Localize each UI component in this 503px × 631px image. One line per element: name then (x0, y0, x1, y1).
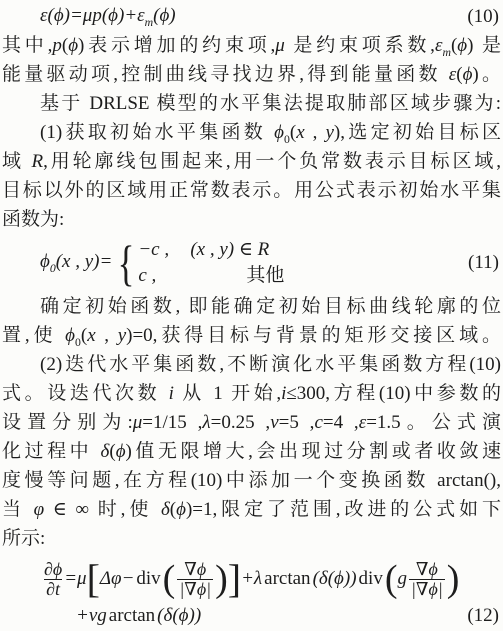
text-run: ≤300,方程(10)中参数的 (286, 383, 501, 404)
text-run: 函数为: (2, 209, 64, 230)
math-inline: ϕ (463, 64, 473, 85)
math-inline: ϕ (457, 35, 467, 56)
text-run: 基于 DRLSE 模型的水平集法提取肺部区域步骤为: (40, 93, 501, 114)
text-line: 设置分别为:μ=1/15 ,λ=0.25 ,v=5 ,c=4 ,ε=1.5。公式… (2, 408, 501, 437)
case-value: c , (138, 263, 190, 289)
text-run: )值无限增大,会出现过分割或者收敛速 (126, 441, 501, 462)
eq12-delta-args: (δ(ϕ)) (157, 605, 201, 626)
text-line: (2)迭代水平集函数,不断演化水平集函数方程(10) (2, 350, 501, 379)
text-run: =1/15 , (142, 412, 202, 433)
right-paren: ) (215, 557, 228, 601)
text-line: 化过程中 δ(ϕ)值无限增大,会出现过分割或者收敛速 (2, 437, 501, 466)
math-inline: ϕ (176, 499, 186, 520)
div-operator: div (359, 568, 383, 590)
math-inline: μ (133, 412, 143, 433)
frac-numerator: ∂ϕ (44, 560, 62, 579)
eq10-lhs: ε(ϕ)=μp(ϕ)+ε (40, 5, 145, 26)
text-run: )=1,限定了范围,改进的公式如下 (186, 499, 501, 520)
math-inline: ϕ (68, 35, 78, 56)
eq12-equals-mu: =μ (64, 568, 86, 590)
text-line: 基于 DRLSE 模型的水平集法提取肺部区域步骤为: (2, 89, 501, 118)
eq11-args: (x , y)= (56, 251, 113, 272)
cases-brace: { (118, 236, 135, 290)
paragraph: 基于 DRLSE 模型的水平集法提取肺部区域步骤为: (2, 89, 501, 118)
text-run: =1.5。公式演 (366, 412, 501, 433)
text-run: ∈ ∞ 时,使 (44, 499, 161, 520)
eq12-lambda-term: +λ (241, 568, 262, 590)
text-run: (2)迭代水平集函数,不断演化水平集函数方程(10) (40, 354, 501, 375)
text-line: (1)获取初始水平集函数 ϕ0(x , y),选定初始目标区 (2, 118, 501, 147)
math-inline: v (270, 412, 278, 433)
frac-numerator: ∇ϕ (409, 560, 445, 579)
frac-denominator: |∇ϕ| (409, 579, 445, 599)
case-row: −c ,(x , y) ∈ R (138, 237, 340, 263)
fraction-dphi-dt: ∂ϕ∂t (44, 560, 62, 599)
right-bracket: ] (228, 557, 241, 601)
text-run: 是约束项系数, (285, 35, 435, 56)
text-run: 当 (2, 499, 34, 520)
eq12-line2-term: +vgarctan(δ(ϕ)) (76, 605, 201, 627)
case-row: c ,其他 (138, 263, 340, 289)
math-inline: x (87, 325, 95, 346)
subscript: m (145, 15, 154, 28)
text-run: ,用轮廓线包围起来,用一个负常数表示目标区域, (43, 151, 501, 172)
case-value: −c , (138, 237, 190, 263)
left-paren: ( (385, 557, 398, 601)
eq10-rhs: (ϕ) (153, 5, 176, 26)
paper-page: ε(ϕ)=μp(ϕ)+εm(ϕ) (10) 其中,p(ϕ)表示增加的约束项,μ … (0, 0, 503, 631)
math-inline: c (314, 412, 322, 433)
eq11-phi: ϕ (40, 251, 50, 272)
text-line: 目标以外的区域用正常数表示。用公式表示初始水平集 (2, 176, 501, 205)
paragraph: (2)迭代水平集函数,不断演化水平集函数方程(10)式。设迭代次数 i 从 1 … (2, 350, 501, 553)
fraction-grad-phi: ∇ϕ|∇ϕ| (409, 560, 445, 599)
div-operator: div (136, 568, 160, 590)
equation-10: ε(ϕ)=μp(ϕ)+εm(ϕ) (10) (2, 3, 501, 31)
text-run: =4 , (323, 412, 359, 433)
eq12-number: (12) (467, 605, 499, 627)
math-inline: y (325, 122, 333, 143)
math-inline: μ (275, 35, 285, 56)
paragraph: 其中,p(ϕ)表示增加的约束项,μ 是约束项系数,εm(ϕ) 是能量驱动项,控制… (2, 31, 501, 89)
text-run: ) 是 (467, 35, 501, 56)
eq12-delta-args: (δ(ϕ)) (313, 568, 357, 590)
eq10-formula: ε(ϕ)=μp(ϕ)+εm(ϕ) (40, 5, 176, 30)
text-run: )=0,获得目标与背景的矩形交接区域。 (126, 325, 501, 346)
math-inline: ϕ (65, 325, 75, 346)
paragraph: 确定初始函数, 即能确定初始目标曲线轮廓的位置,使 ϕ0(x , y)=0,获得… (2, 292, 501, 350)
text-run: (1)获取初始水平集函数 (40, 122, 274, 143)
text-run: 从 1 开始, (174, 383, 281, 404)
eq11-number: (11) (468, 252, 499, 274)
text-run: 能量驱动项,控制曲线寻找边界,得到能量函数 (2, 64, 449, 85)
left-paren: ( (163, 557, 176, 601)
math-inline: x (296, 122, 304, 143)
text-line: 其中,p(ϕ)表示增加的约束项,μ 是约束项系数,εm(ϕ) 是 (2, 31, 501, 60)
text-run: =0.25 , (211, 412, 271, 433)
text-run: 所示: (2, 528, 45, 549)
frac-denominator: ∂t (44, 579, 62, 599)
case-condition: 其他 (190, 263, 340, 289)
math-inline: λ (202, 412, 210, 433)
text-line: 式。设迭代次数 i 从 1 开始,i≤300,方程(10)中参数的 (2, 379, 501, 408)
text-line: 能量驱动项,控制曲线寻找边界,得到能量函数 ε(ϕ)。 (2, 60, 501, 89)
equation-12: ∂ϕ∂t =μ [ Δφ− div ( ∇ϕ|∇ϕ| ) ] +λ arctan… (2, 553, 501, 631)
math-inline: y (118, 325, 126, 346)
eq10-number: (10) (467, 6, 499, 28)
math-inline: R (32, 151, 44, 172)
text-run: 化过程中 (2, 441, 101, 462)
text-run: )表示增加的约束项, (78, 35, 275, 56)
math-inline: φ (34, 499, 45, 520)
case-condition: (x , y) ∈ R (190, 237, 340, 263)
text-run: 置,使 (2, 325, 65, 346)
text-run: 度慢等问题,在方程(10)中添加一个变换函数 arctan(), (2, 470, 501, 491)
text-line: 函数为: (2, 205, 501, 234)
frac-denominator: |∇ϕ| (177, 579, 213, 599)
text-line: 确定初始函数, 即能确定初始目标曲线轮廓的位 (2, 292, 501, 321)
text-run: 域 (2, 151, 32, 172)
eq12-line2: +vgarctan(δ(ϕ)) (12) (42, 605, 499, 631)
equation-11: ϕ0(x , y)= { −c ,(x , y) ∈ R c ,其他 (11) (2, 234, 501, 292)
math-inline: δ (161, 499, 170, 520)
paragraph: (1)获取初始水平集函数 ϕ0(x , y),选定初始目标区域 R,用轮廓线包围… (2, 118, 501, 234)
eq12-g-term: g (397, 568, 407, 590)
text-line: 所示: (2, 524, 501, 553)
eq11-cases: −c ,(x , y) ∈ R c ,其他 (138, 237, 340, 289)
left-bracket: [ (87, 557, 100, 601)
text-run: =5 , (279, 412, 315, 433)
math-inline: p (52, 35, 62, 56)
text-run: , (305, 122, 326, 143)
fraction-grad-phi: ∇ϕ|∇ϕ| (177, 560, 213, 599)
eq11-formula: ϕ0(x , y)= { −c ,(x , y) ∈ R c ,其他 (40, 236, 340, 290)
text-line: 当 φ ∈ ∞ 时,使 δ(ϕ)=1,限定了范围,改进的公式如下 (2, 495, 501, 524)
arctan-operator: arctan (264, 568, 310, 590)
eq11-lhs: ϕ0(x , y)= (40, 251, 112, 276)
math-inline: ϕ (274, 122, 284, 143)
eq12-vg: +vg (76, 605, 107, 626)
eq12-laplace-term: Δφ− (100, 568, 134, 590)
text-run: 式。设迭代次数 (2, 383, 169, 404)
arctan-operator: arctan (109, 605, 155, 626)
math-inline: ϕ (116, 441, 126, 462)
text-run: )。 (472, 64, 501, 85)
eq12-line1: ∂ϕ∂t =μ [ Δφ− div ( ∇ϕ|∇ϕ| ) ] +λ arctan… (42, 553, 499, 605)
text-run: 目标以外的区域用正常数表示。用公式表示初始水平集 (2, 180, 501, 201)
text-run: 设置分别为: (2, 412, 133, 433)
text-run: 其中, (2, 35, 52, 56)
right-paren: ) (447, 557, 460, 601)
frac-numerator: ∇ϕ (177, 560, 213, 579)
text-line: 度慢等问题,在方程(10)中添加一个变换函数 arctan(), (2, 466, 501, 495)
text-run: 确定初始函数, 即能确定初始目标曲线轮廓的位 (40, 296, 501, 317)
text-line: 置,使 ϕ0(x , y)=0,获得目标与背景的矩形交接区域。 (2, 321, 501, 350)
math-inline: m (442, 46, 451, 59)
text-line: 域 R,用轮廓线包围起来,用一个负常数表示目标区域, (2, 147, 501, 176)
text-run: , (96, 325, 118, 346)
text-run: ),选定初始目标区 (334, 122, 501, 143)
